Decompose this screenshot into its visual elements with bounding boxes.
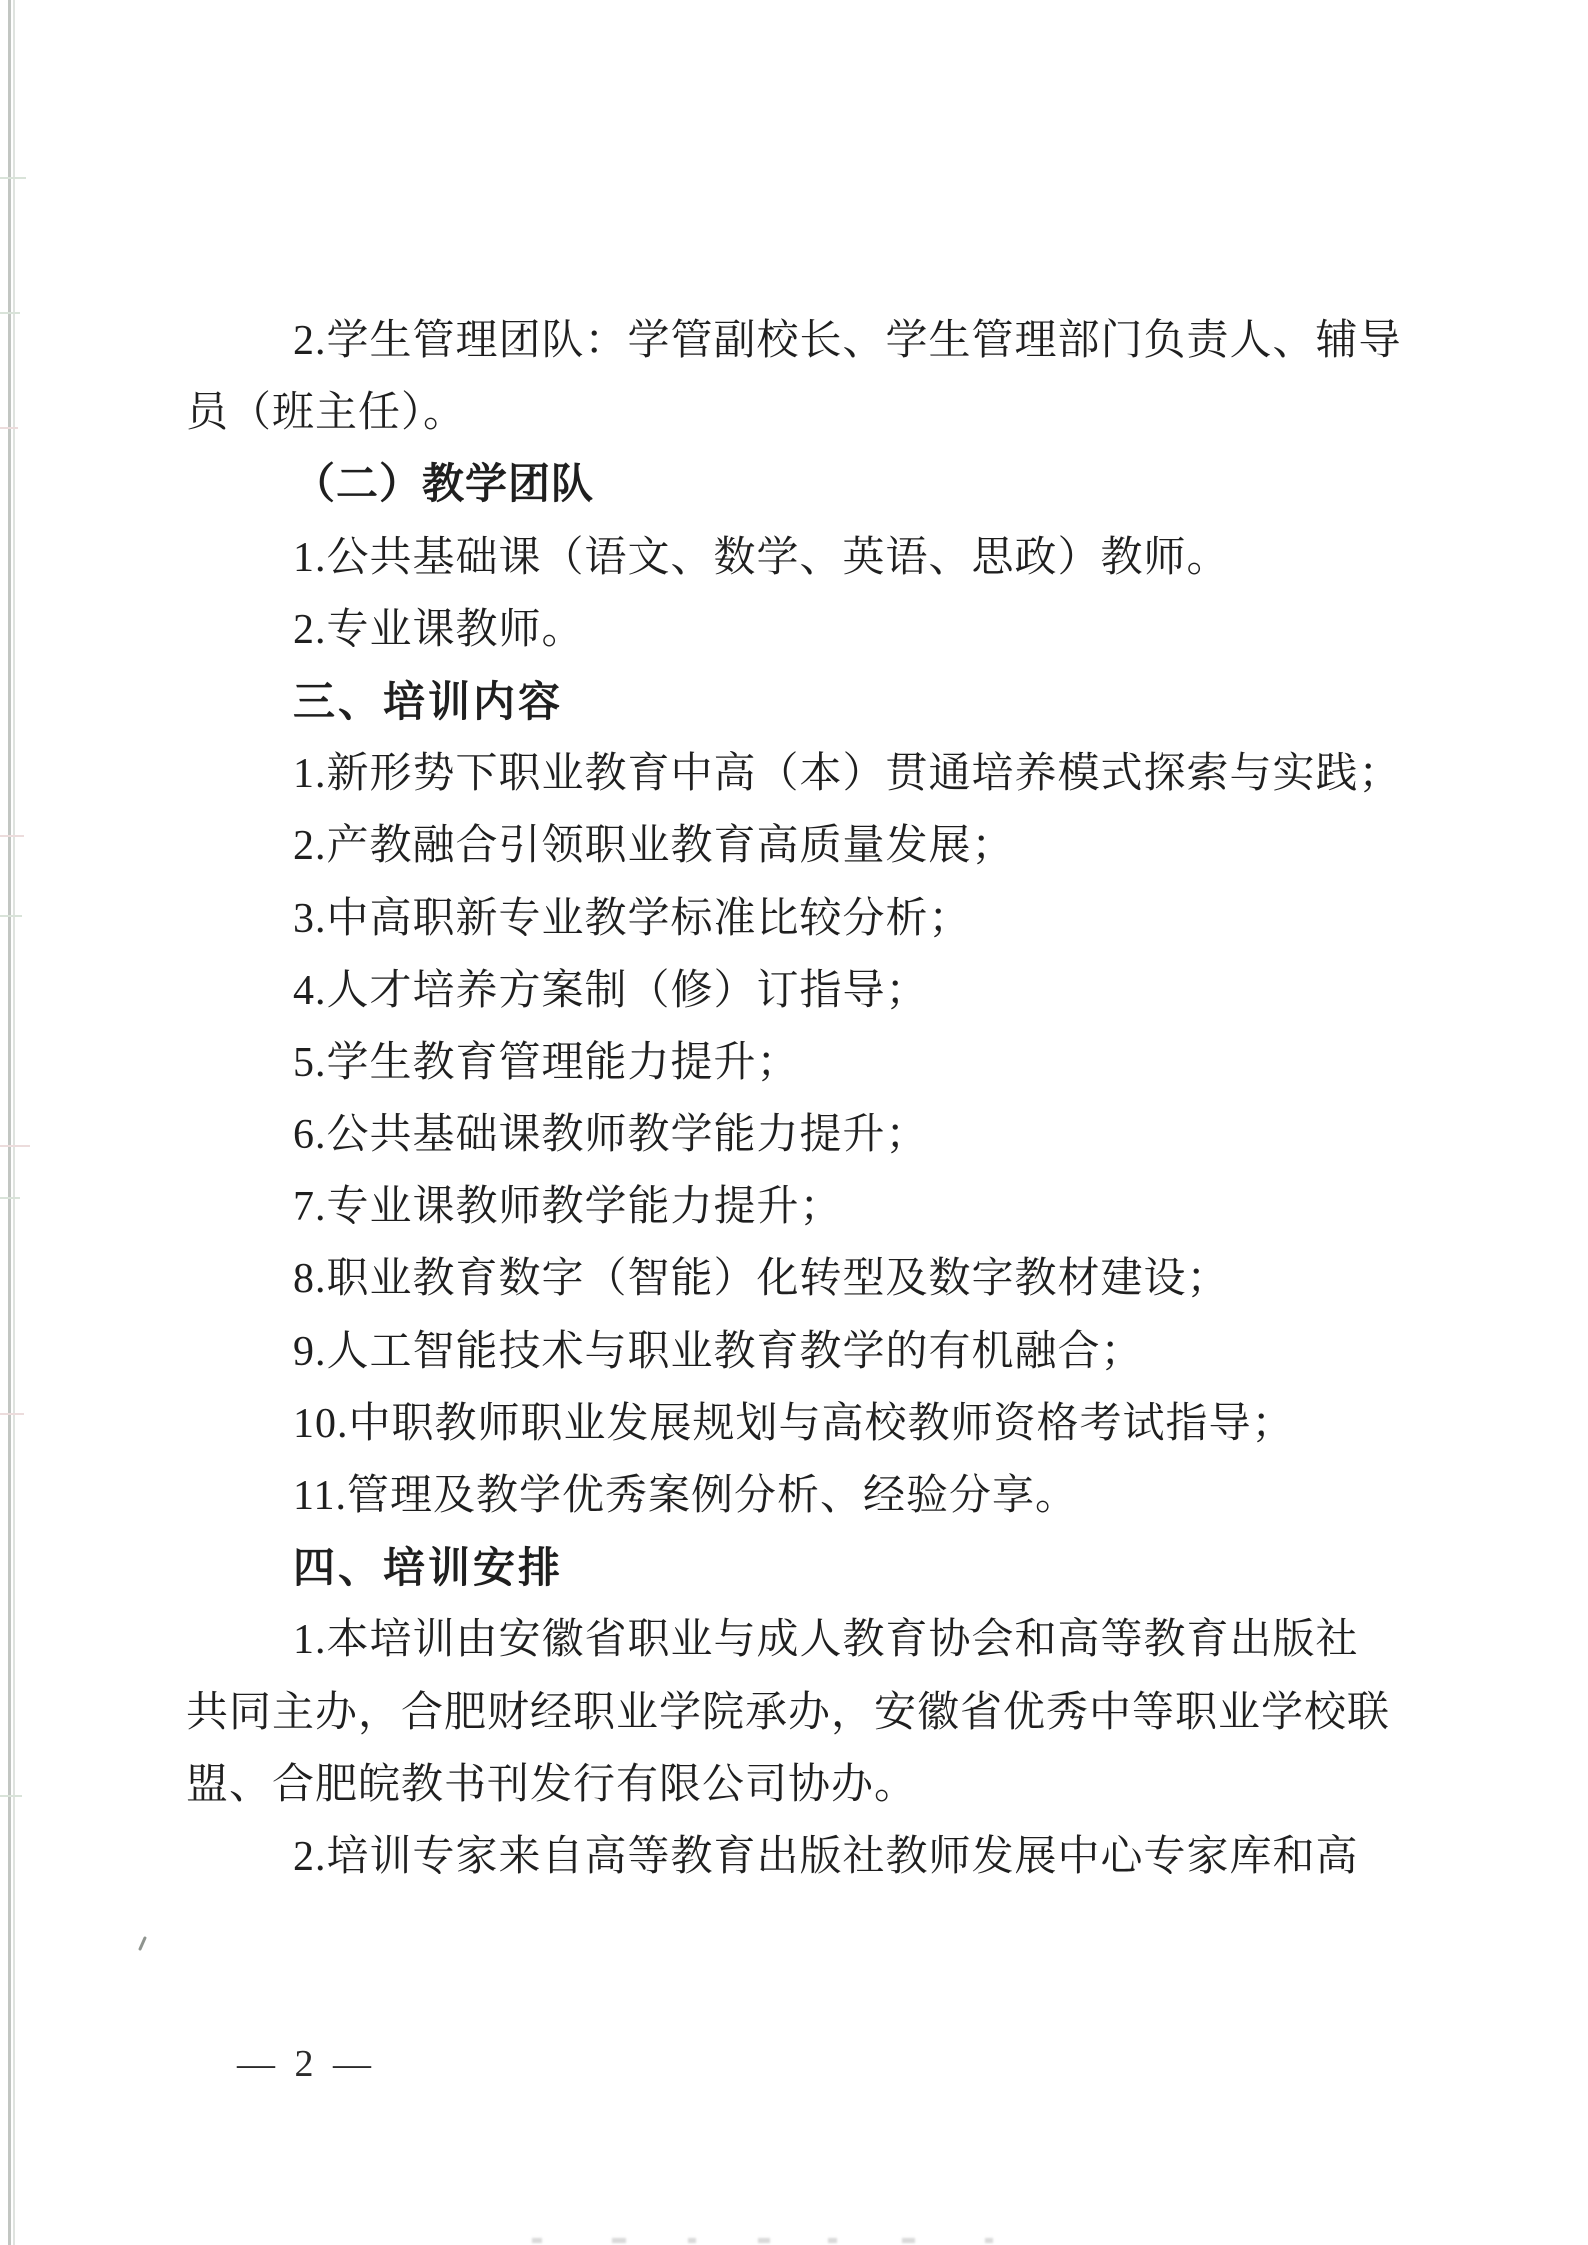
scan-smudge [532,2238,542,2243]
scan-tick-mark [0,177,26,179]
scan-tick-mark [0,1413,24,1415]
scan-tick-mark [0,1197,20,1199]
list-item: 1.新形势下职业教育中高（本）贯通培养模式探索与实践； [186,738,1382,810]
subheading-teaching-team: （二）教学团队 [186,449,1382,521]
scan-smudge [758,2238,770,2243]
page-number: — 2 — [237,2042,376,2086]
text-line: 2.专业课教师。 [186,594,1382,666]
scanned-document-page: 2.学生管理团队：学管副校长、学生管理部门负责人、辅导 员（班主任）。 （二）教… [0,0,1588,2245]
list-item: 7.专业课教师教学能力提升； [186,1171,1382,1243]
text-line: 盟、合肥皖教书刊发行有限公司协办。 [186,1749,1382,1821]
scan-smudge [688,2238,696,2243]
scan-smudge [985,2238,993,2243]
text-line: 2.培训专家来自高等教育出版社教师发展中心专家库和高 [186,1821,1382,1893]
scan-smudge [612,2238,626,2243]
text-line: 1.本培训由安徽省职业与成人教育协会和高等教育出版社 [186,1604,1382,1676]
list-item: 3.中高职新专业教学标准比较分析； [186,883,1382,955]
scan-tick-mark [0,835,24,837]
scan-edge-line-light [13,0,15,2245]
list-item: 6.公共基础课教师教学能力提升； [186,1099,1382,1171]
document-body: 2.学生管理团队：学管副校长、学生管理部门负责人、辅导 员（班主任）。 （二）教… [186,305,1382,1893]
scan-smudge [828,2238,837,2243]
list-item: 4.人才培养方案制（修）订指导； [186,955,1382,1027]
scan-tick-mark [0,1795,22,1797]
scan-tick-mark [0,915,22,917]
list-item: 5.学生教育管理能力提升； [186,1027,1382,1099]
list-item: 2.产教融合引领职业教育高质量发展； [186,810,1382,882]
list-item: 8.职业教育数字（智能）化转型及数字教材建设； [186,1243,1382,1315]
text-line: 2.学生管理团队：学管副校长、学生管理部门负责人、辅导 [186,305,1382,377]
scan-tick-mark [0,427,18,429]
scan-smudge [902,2238,915,2243]
list-item: 10.中职教师职业发展规划与高校教师资格考试指导； [186,1388,1382,1460]
scan-tick-mark [0,1145,30,1147]
list-item: 11.管理及教学优秀案例分析、经验分享。 [186,1460,1382,1532]
heading-training-schedule: 四、培训安排 [186,1532,1382,1604]
scan-edge-line [8,0,11,2245]
list-item: 9.人工智能技术与职业教育教学的有机融合； [186,1316,1382,1388]
scan-tick-mark [0,312,20,314]
text-line: 1.公共基础课（语文、数学、英语、思政）教师。 [186,522,1382,594]
scan-speck [138,1936,147,1951]
text-line: 员（班主任）。 [186,377,1382,449]
text-line: 共同主办，合肥财经职业学院承办，安徽省优秀中等职业学校联 [186,1677,1382,1749]
heading-training-content: 三、培训内容 [186,666,1382,738]
